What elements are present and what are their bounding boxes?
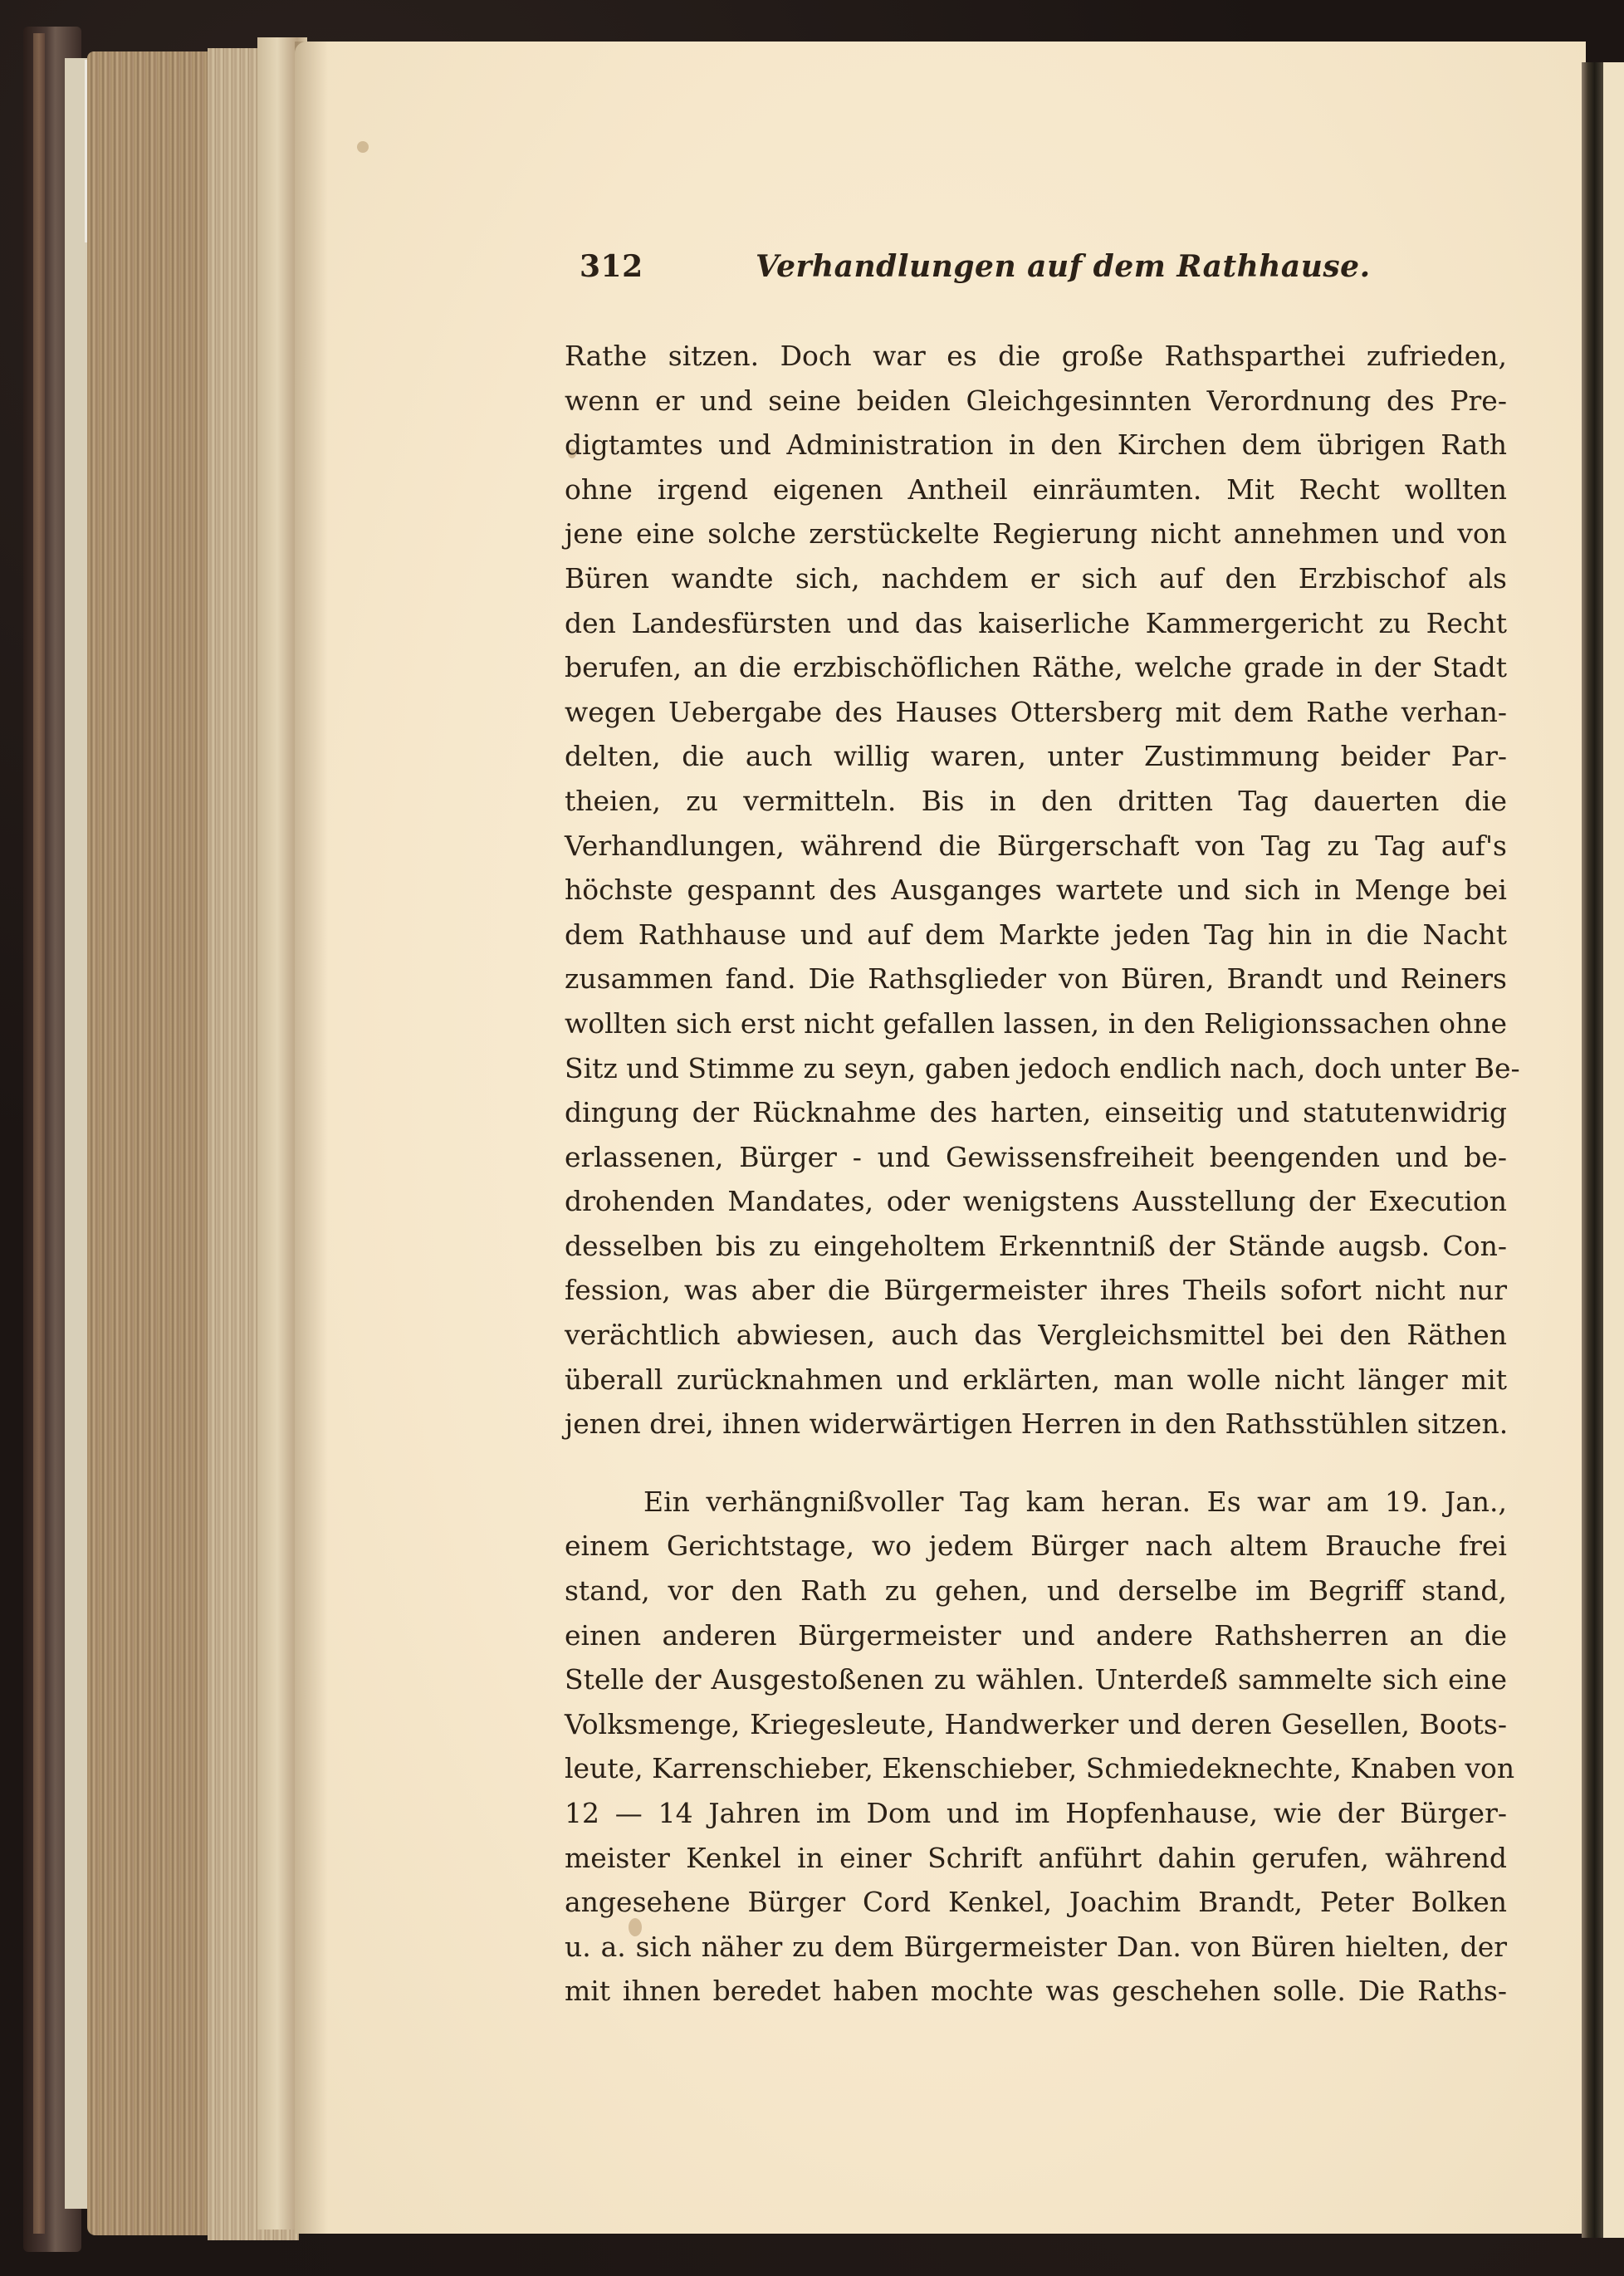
text-line: berufen, an die erzbischöflichen Räthe, …: [565, 645, 1507, 690]
text-line: überall zurücknahmen und erklärten, man …: [565, 1358, 1507, 1402]
text-line: den Landesfürsten und das kaiserliche Ka…: [565, 601, 1507, 646]
text-line: einem Gerichtstage, wo jedem Bürger nach…: [565, 1524, 1507, 1569]
text-line: stand, vor den Rath zu gehen, und dersel…: [565, 1569, 1507, 1613]
text-line: Stelle der Ausgestoßenen zu wählen. Unte…: [565, 1657, 1507, 1702]
text-line: theien, zu vermitteln. Bis in den dritte…: [565, 779, 1507, 824]
paragraph-1: Rathe sitzen. Doch war es die große Rath…: [565, 334, 1507, 1446]
page-right-edge: [1582, 62, 1603, 2238]
text-line: Volksmenge, Kriegesleute, Handwerker und…: [565, 1702, 1507, 1747]
running-head: 312 Verhandlungen auf dem Rathhause.: [565, 249, 1507, 299]
text-line: Ein verhängnißvoller Tag kam heran. Es w…: [565, 1480, 1507, 1525]
text-line: wollten sich erst nicht gefallen lassen,…: [565, 1001, 1507, 1046]
text-line: Büren wandte sich, nachdem er sich auf d…: [565, 556, 1507, 601]
text-line: dingung der Rücknahme des harten, einsei…: [565, 1090, 1507, 1135]
text-line: wenn er und seine beiden Gleichgesinnten…: [565, 379, 1507, 423]
page-text: 312 Verhandlungen auf dem Rathhause. Rat…: [565, 249, 1507, 2014]
text-line: ohne irgend eigenen Antheil einräumten. …: [565, 467, 1507, 512]
paragraph-2: Ein verhängnißvoller Tag kam heran. Es w…: [565, 1480, 1507, 2014]
text-line: jenen drei, ihnen widerwärtigen Herren i…: [565, 1402, 1507, 1446]
paper-stain: [357, 141, 369, 153]
text-line: einen anderen Bürgermeister und andere R…: [565, 1613, 1507, 1658]
text-line: mit ihnen beredet haben mochte was gesch…: [565, 1969, 1507, 2014]
text-line: höchste gespannt des Ausganges wartete u…: [565, 868, 1507, 913]
text-line: jene eine solche zerstückelte Regierung …: [565, 511, 1507, 556]
cover-leather-edge: [33, 33, 45, 2234]
text-line: fession, was aber die Bürgermeister ihre…: [565, 1268, 1507, 1313]
text-line: Rathe sitzen. Doch war es die große Rath…: [565, 334, 1507, 379]
text-line: leute, Karrenschieber, Ekenschieber, Sch…: [565, 1746, 1507, 1791]
page-number: 312: [580, 249, 643, 284]
gutter-shadow: [295, 42, 328, 2234]
text-line: u. a. sich näher zu dem Bürgermeister Da…: [565, 1925, 1507, 1970]
next-page-sliver: [1603, 62, 1624, 2238]
text-line: desselben bis zu eingeholtem Erkenntniß …: [565, 1224, 1507, 1269]
text-line: Verhandlungen, während die Bürgerschaft …: [565, 824, 1507, 869]
running-head-title: Verhandlungen auf dem Rathhause.: [756, 249, 1371, 284]
text-line: wegen Uebergabe des Hauses Ottersberg mi…: [565, 690, 1507, 735]
text-line: zusammen fand. Die Rathsglieder von Büre…: [565, 957, 1507, 1001]
text-line: dem Rathhause und auf dem Markte jeden T…: [565, 913, 1507, 957]
flyleaf: [65, 58, 90, 2209]
text-line: verächtlich abwiesen, auch das Vergleich…: [565, 1313, 1507, 1358]
text-line: meister Kenkel in einer Schrift anführt …: [565, 1836, 1507, 1881]
text-line: digtamtes und Administration in den Kirc…: [565, 423, 1507, 467]
text-line: angesehene Bürger Cord Kenkel, Joachim B…: [565, 1880, 1507, 1925]
text-line: Sitz und Stimme zu seyn, gaben jedoch en…: [565, 1046, 1507, 1091]
text-line: 12 — 14 Jahren im Dom und im Hopfenhause…: [565, 1791, 1507, 1836]
text-line: erlassenen, Bürger - und Gewissensfreihe…: [565, 1135, 1507, 1180]
text-line: delten, die auch willig waren, unter Zus…: [565, 734, 1507, 779]
text-line: drohenden Mandates, oder wenigstens Auss…: [565, 1179, 1507, 1224]
